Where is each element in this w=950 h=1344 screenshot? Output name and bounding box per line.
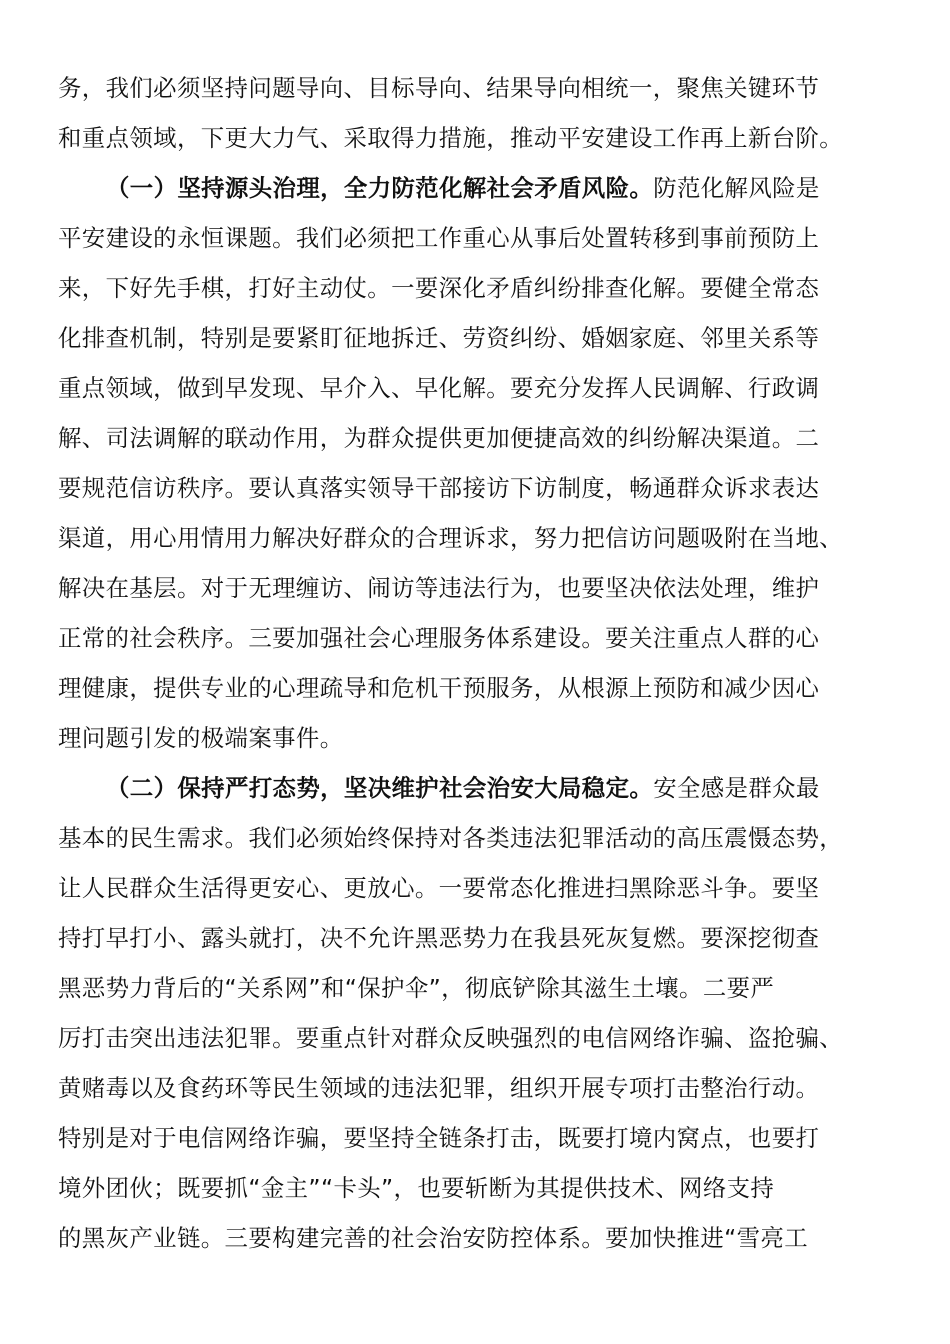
line-text: 渠道，用心用情用力解决好群众的合理诉求，努力把信访问题吸附在当地、: [58, 524, 843, 552]
line-text: 重点领域，做到早发现、早介入、早化解。要充分发挥人民调解、行政调: [58, 374, 819, 402]
line-text: 持打早打小、露头就打，决不允许黑恶势力在我县死灰复燃。要深挖彻查: [58, 924, 819, 952]
line-text: 解、司法调解的联动作用，为群众提供更加便捷高效的纠纷解决渠道。二: [58, 424, 819, 452]
text-line: 理问题引发的极端案事件。: [58, 713, 898, 763]
text-line: 解决在基层。对于无理缠访、闹访等违法行为，也要坚决依法处理，维护: [58, 563, 898, 613]
text-line: 黄赌毒以及食药环等民生领域的违法犯罪，组织开展专项打击整治行动。: [58, 1063, 898, 1113]
line-text: 安全感是群众最: [653, 774, 820, 802]
text-line: 境外团伙；既要抓“金主”“卡头”，也要斩断为其提供技术、网络支持: [58, 1163, 898, 1213]
text-line: 持打早打小、露头就打，决不允许黑恶势力在我县死灰复燃。要深挖彻查: [58, 913, 898, 963]
paragraph-section-1: （一）坚持源头治理，全力防范化解社会矛盾风险。防范化解风险是 平安建设的永恒课题…: [58, 163, 898, 763]
line-text: 解决在基层。对于无理缠访、闹访等违法行为，也要坚决依法处理，维护: [58, 574, 819, 602]
text-line: （二）保持严打态势，坚决维护社会治安大局稳定。安全感是群众最: [58, 763, 898, 813]
text-line: 厉打击突出违法犯罪。要重点针对群众反映强烈的电信网络诈骗、盗抢骗、: [58, 1013, 898, 1063]
line-text: 黄赌毒以及食药环等民生领域的违法犯罪，组织开展专项打击整治行动。: [58, 1074, 819, 1102]
line-text: 来，下好先手棋，打好主动仗。一要深化矛盾纠纷排查化解。要健全常态: [58, 274, 819, 302]
text-line: 重点领域，做到早发现、早介入、早化解。要充分发挥人民调解、行政调: [58, 363, 898, 413]
line-text: 平安建设的永恒课题。我们必须把工作重心从事后处置转移到事前预防上: [58, 224, 819, 252]
section-heading-1: （一）坚持源头治理，全力防范化解社会矛盾风险。: [106, 174, 653, 202]
text-line: 理健康，提供专业的心理疏导和危机干预服务，从根源上预防和减少因心: [58, 663, 898, 713]
line-text: 务，我们必须坚持问题导向、目标导向、结果导向相统一，聚焦关键环节: [58, 74, 819, 102]
text-line: 和重点领域，下更大力气、采取得力措施，推动平安建设工作再上新台阶。: [58, 113, 898, 163]
line-text: 基本的民生需求。我们必须始终保持对各类违法犯罪活动的高压震慑态势，: [58, 824, 843, 852]
line-text: 让人民群众生活得更安心、更放心。一要常态化推进扫黑除恶斗争。要坚: [58, 874, 819, 902]
text-line: 基本的民生需求。我们必须始终保持对各类违法犯罪活动的高压震慑态势，: [58, 813, 898, 863]
line-text: 正常的社会秩序。三要加强社会心理服务体系建设。要关注重点人群的心: [58, 624, 819, 652]
text-line: 特别是对于电信网络诈骗，要坚持全链条打击，既要打境内窝点，也要打: [58, 1113, 898, 1163]
line-text: 的黑灰产业链。三要构建完善的社会治安防控体系。要加快推进“雪亮工: [58, 1224, 808, 1252]
line-text: 要规范信访秩序。要认真落实领导干部接访下访制度，畅通群众诉求表达: [58, 474, 819, 502]
line-text: 化排查机制，特别是要紧盯征地拆迁、劳资纠纷、婚姻家庭、邻里关系等: [58, 324, 819, 352]
line-text: 防范化解风险是: [653, 174, 820, 202]
text-line: 的黑灰产业链。三要构建完善的社会治安防控体系。要加快推进“雪亮工: [58, 1213, 898, 1263]
paragraph-section-2: （二）保持严打态势，坚决维护社会治安大局稳定。安全感是群众最 基本的民生需求。我…: [58, 763, 898, 1263]
text-line: 解、司法调解的联动作用，为群众提供更加便捷高效的纠纷解决渠道。二: [58, 413, 898, 463]
text-line: 渠道，用心用情用力解决好群众的合理诉求，努力把信访问题吸附在当地、: [58, 513, 898, 563]
text-line: 要规范信访秩序。要认真落实领导干部接访下访制度，畅通群众诉求表达: [58, 463, 898, 513]
line-text: 境外团伙；既要抓“金主”“卡头”，也要斩断为其提供技术、网络支持: [58, 1174, 774, 1202]
section-heading-2: （二）保持严打态势，坚决维护社会治安大局稳定。: [106, 774, 653, 802]
line-text: 理问题引发的极端案事件。: [58, 724, 344, 752]
text-line: 让人民群众生活得更安心、更放心。一要常态化推进扫黑除恶斗争。要坚: [58, 863, 898, 913]
text-line: 务，我们必须坚持问题导向、目标导向、结果导向相统一，聚焦关键环节: [58, 63, 898, 113]
text-line: 平安建设的永恒课题。我们必须把工作重心从事后处置转移到事前预防上: [58, 213, 898, 263]
text-line: 化排查机制，特别是要紧盯征地拆迁、劳资纠纷、婚姻家庭、邻里关系等: [58, 313, 898, 363]
line-text: 理健康，提供专业的心理疏导和危机干预服务，从根源上预防和减少因心: [58, 674, 819, 702]
line-text: 黑恶势力背后的“关系网”和“保护伞”，彻底铲除其滋生土壤。二要严: [58, 974, 774, 1002]
document-page: 务，我们必须坚持问题导向、目标导向、结果导向相统一，聚焦关键环节 和重点领域，下…: [58, 63, 898, 1263]
text-line: （一）坚持源头治理，全力防范化解社会矛盾风险。防范化解风险是: [58, 163, 898, 213]
paragraph-intro-continuation: 务，我们必须坚持问题导向、目标导向、结果导向相统一，聚焦关键环节 和重点领域，下…: [58, 63, 898, 163]
text-line: 正常的社会秩序。三要加强社会心理服务体系建设。要关注重点人群的心: [58, 613, 898, 663]
text-line: 来，下好先手棋，打好主动仗。一要深化矛盾纠纷排查化解。要健全常态: [58, 263, 898, 313]
line-text: 厉打击突出违法犯罪。要重点针对群众反映强烈的电信网络诈骗、盗抢骗、: [58, 1024, 843, 1052]
line-text: 特别是对于电信网络诈骗，要坚持全链条打击，既要打境内窝点，也要打: [58, 1124, 819, 1152]
line-text: 和重点领域，下更大力气、采取得力措施，推动平安建设工作再上新台阶。: [58, 124, 843, 152]
text-line: 黑恶势力背后的“关系网”和“保护伞”，彻底铲除其滋生土壤。二要严: [58, 963, 898, 1013]
